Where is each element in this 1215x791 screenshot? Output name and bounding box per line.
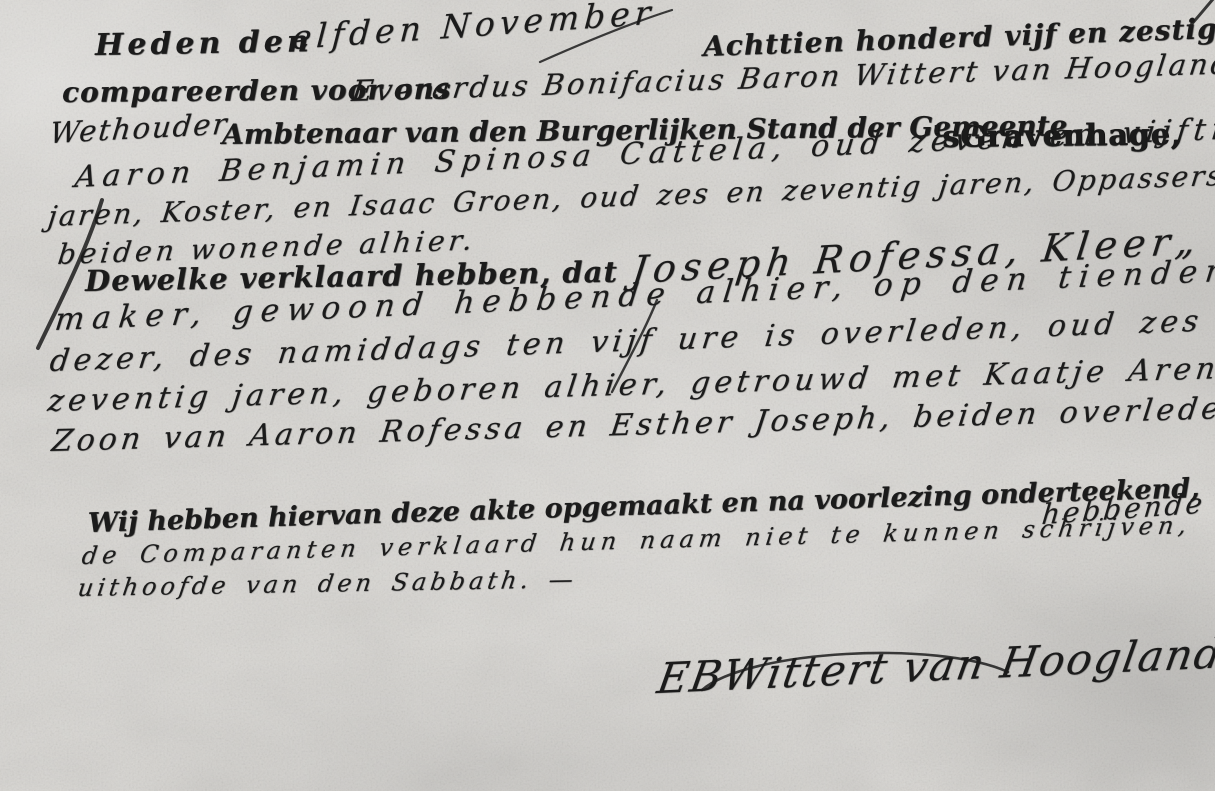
registrar-signature: EBWittert van Hoogland [654, 628, 1215, 703]
handwritten-date: elfden November [291, 0, 657, 57]
handwritten-official-title: Wethouder [48, 107, 230, 151]
printed-heden-den: Heden den [95, 24, 313, 63]
death-record-page: Heden den elfden November Achttien honde… [0, 0, 1215, 791]
closing-line-3: uithoofde van den Sabbath. — [76, 565, 579, 602]
